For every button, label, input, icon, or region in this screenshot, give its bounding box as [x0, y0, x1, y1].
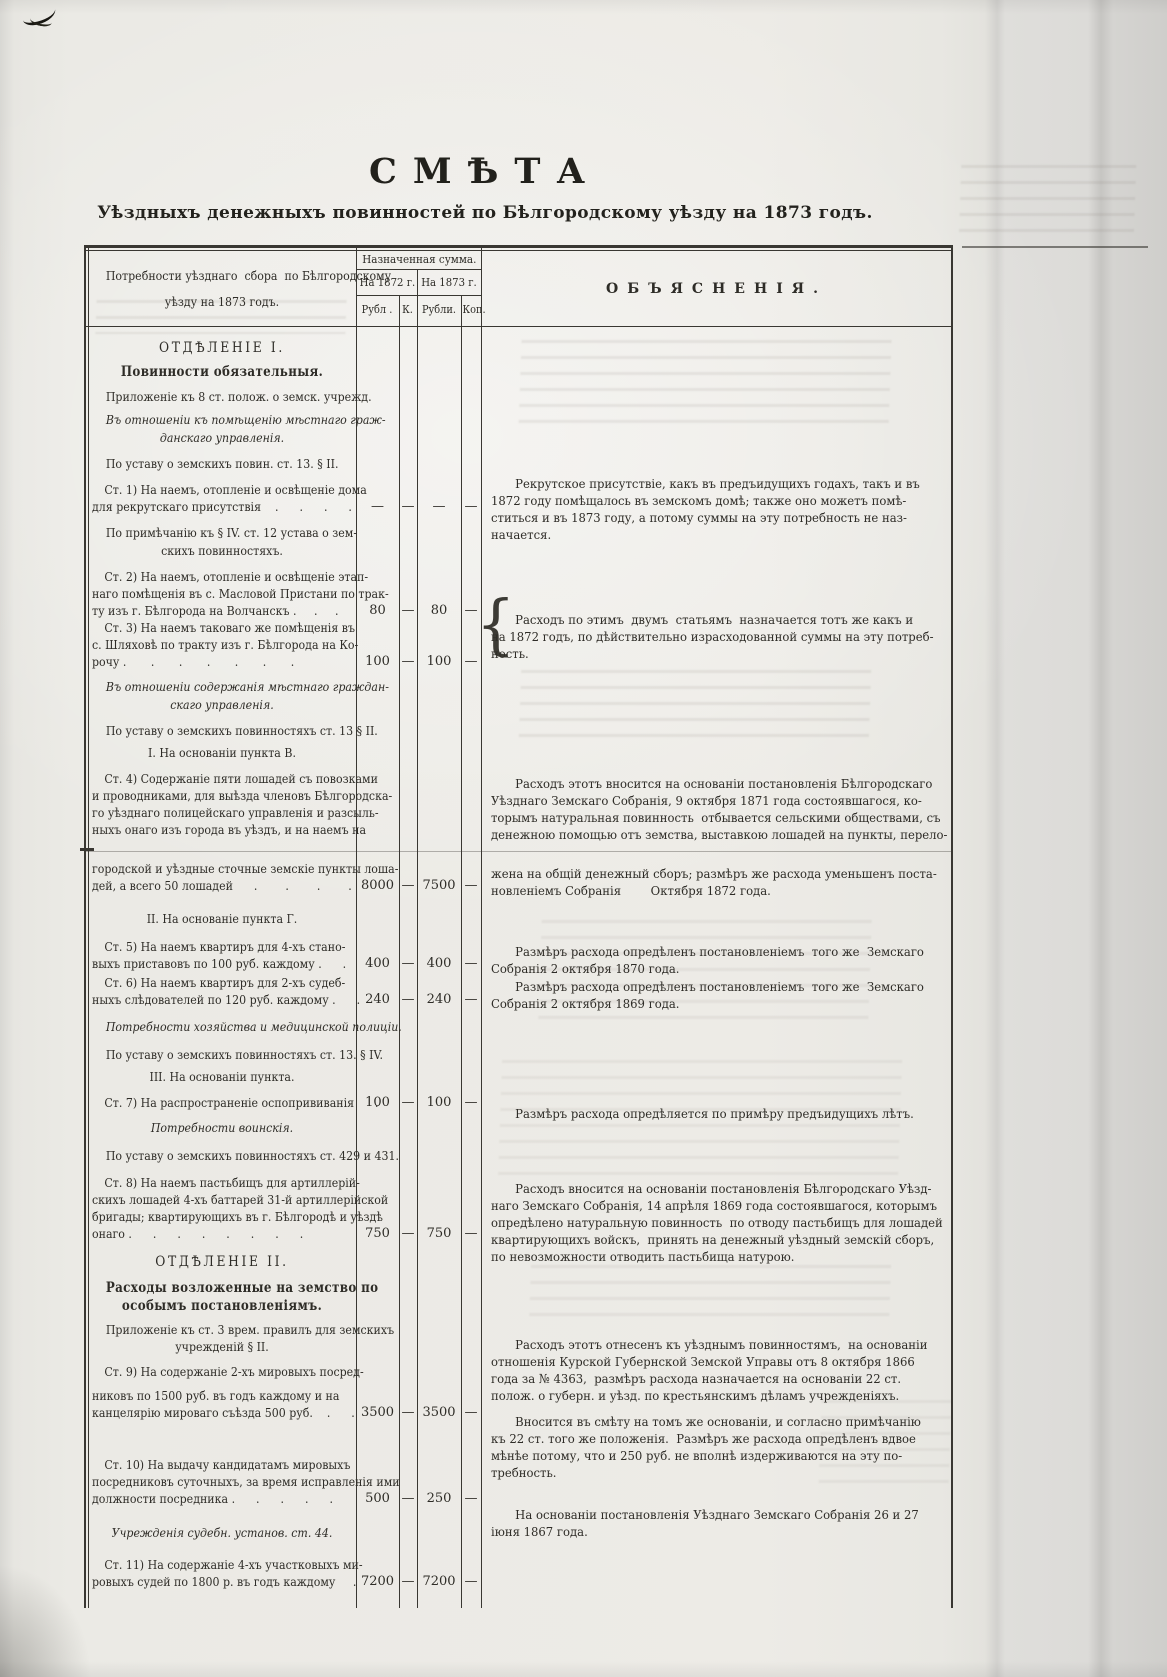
item-line: ныхъ слѣдователей по 120 руб. каждому . …: [92, 992, 324, 1008]
column-rule: [356, 245, 357, 1608]
item-line: канцелярію мироваго съѣзда 500 руб. . .: [92, 1405, 324, 1421]
amount-kop-1872: —: [400, 1095, 416, 1111]
item-line: По уставу о земскихъ повинностяхъ ст. 13…: [106, 1047, 338, 1063]
item-line: По уставу о земскихъ повинностяхъ ст. 42…: [106, 1148, 338, 1164]
header-rule: [85, 326, 952, 327]
amount-kop-1873: —: [462, 1405, 480, 1421]
item-line: Ст. 1) На наемъ, отопленіе и освѣщеніе д…: [92, 482, 324, 498]
amount-kop-1872: —: [400, 956, 416, 972]
item-line: III. На основаніи пункта.: [106, 1069, 338, 1085]
explanation-line: Расходъ по этимъ двумъ статьямъ назначае…: [491, 612, 919, 628]
bleed-mark: [959, 165, 1137, 240]
bleed-mark: [518, 340, 891, 430]
item-line: Ст. 3) На наемъ таковаго же помѣщенія въ: [92, 620, 324, 636]
amount-rub-1872: 8000: [357, 878, 398, 894]
item-line: для рекрутскаго присутствія . . . .: [92, 499, 324, 515]
explanation-line: полож. о губерн. и уѣзд. по крестьянским…: [491, 1388, 919, 1404]
item-line: с. Шляховѣ по тракту изъ г. Бѣлгорода на…: [92, 637, 324, 653]
item-line: скихъ лошадей 4-хъ баттарей 31-й артилле…: [92, 1192, 324, 1208]
amount-rub-1873: 100: [418, 1095, 460, 1111]
item-line: Учрежденія судебн. установ. ст. 44.: [106, 1525, 338, 1541]
table-border-right: [951, 245, 953, 1608]
amount-rub-1873: 750: [418, 1226, 460, 1242]
explanation-line: Собранія 2 октября 1870 года.: [491, 961, 919, 977]
amount-rub-1873: 3500: [418, 1405, 460, 1421]
amount-kop-1872: —: [400, 654, 416, 670]
item-line: По примѣчанію къ § IV. ст. 12 устава о з…: [106, 525, 338, 541]
item-line: никовъ по 1500 руб. въ годъ каждому и на: [92, 1388, 324, 1404]
amount-rub-1873: 100: [418, 654, 460, 670]
item-line: II. На основаніе пункта Г.: [106, 911, 338, 927]
item-line: Ст. 8) На наемъ пастьбищъ для артиллерій…: [92, 1175, 324, 1191]
item-line: скаго управленія.: [106, 697, 338, 713]
table-border-left: [84, 245, 86, 1608]
explanation-line: денежною помощью отъ земства, выставкою …: [491, 827, 919, 843]
explanation-line: требность.: [491, 1465, 919, 1481]
explanation-line: наго Земскаго Собранія, 14 апрѣля 1869 г…: [491, 1198, 919, 1214]
item-line: рочу . . . . . . .: [92, 654, 324, 670]
explanation-line: квартирующихъ войскъ, принять на денежны…: [491, 1232, 919, 1248]
col-header-rub-1873: Рубли.: [420, 301, 457, 317]
item-line: По уставу о земскихъ повин. ст. 13. § II…: [106, 456, 338, 472]
item-heading: особымъ постановленіямъ.: [106, 1298, 338, 1314]
col-header-explanations: ОБЪЯСНЕНІЯ.: [481, 281, 952, 297]
amount-kop-1872: —: [400, 499, 416, 515]
amount-rub-1872: 100: [357, 654, 398, 670]
amount-kop-1873: —: [462, 499, 480, 515]
amount-rub-1872: 500: [357, 1491, 398, 1507]
item-line: городской и уѣздные сточные земскіе пунк…: [92, 861, 324, 877]
amount-kop-1873: —: [462, 1095, 480, 1111]
page-junction-tick: [80, 848, 94, 851]
top-rule: [85, 250, 952, 251]
item-line: бригады; квартирующихъ въ г. Бѣлгородѣ и…: [92, 1209, 324, 1225]
amount-kop-1872: —: [400, 1226, 416, 1242]
item-line: Ст. 2) На наемъ, отопленіе и освѣщеніе э…: [92, 569, 324, 585]
item-line: Потребности хозяйства и медицинской поли…: [106, 1019, 338, 1035]
explanation-line: мѣнѣе потому, что и 250 руб. не вполнѣ и…: [491, 1448, 919, 1464]
column-rule: [481, 245, 482, 1608]
item-heading: Повинности обязательныя.: [106, 364, 338, 380]
explanation-line: по невозможности отводить пастьбища нату…: [491, 1249, 919, 1265]
section-heading: ОТДѢЛЕНІЕ I.: [106, 340, 338, 356]
explanation-line: жена на общій денежный сборъ; размѣръ же…: [491, 866, 919, 882]
item-line: наго помѣщенія въ с. Масловой Пристани п…: [92, 586, 324, 602]
amount-rub-1872: 80: [357, 603, 398, 619]
page-junction-line: [85, 851, 952, 852]
item-line: Въ отношеніи содержанія мѣстнаго граждан…: [106, 679, 338, 695]
top-rule: [85, 245, 952, 248]
col-header-needs: Потребности уѣзднаго сбора по Бѣлгородск…: [106, 268, 338, 284]
col-header-rub-1872: Рубл .: [359, 301, 395, 317]
item-line: посредниковъ суточныхъ, за время исправл…: [92, 1474, 324, 1490]
amount-kop-1873: —: [462, 1226, 480, 1242]
item-line: Ст. 9) На содержаніе 2-хъ мировыхъ посре…: [92, 1364, 324, 1380]
col-header-1873: На 1873 г.: [421, 274, 477, 290]
amount-kop-1873: —: [462, 956, 480, 972]
item-line: ту изъ г. Бѣлгорода на Волчанскъ . . .: [92, 603, 324, 619]
item-line: выхъ приставовъ по 100 руб. каждому . .: [92, 956, 324, 972]
item-line: дей, а всего 50 лошадей . . . .: [92, 878, 324, 894]
section-heading: ОТДѢЛЕНІЕ II.: [106, 1254, 338, 1270]
amount-kop-1873: —: [462, 1574, 480, 1590]
item-line: Приложеніе къ ст. 3 врем. правилъ для зе…: [106, 1322, 338, 1338]
amount-kop-1872: —: [400, 1574, 416, 1590]
col-header-kop-1872: К.: [399, 301, 415, 317]
explanation-line: Вносится въ смѣту на томъ же основаніи, …: [491, 1414, 919, 1430]
amount-rub-1872: 7200: [357, 1574, 398, 1590]
col-header-1872: На 1872 г.: [360, 274, 414, 290]
amount-kop-1872: —: [400, 992, 416, 1008]
explanation-line: Размѣръ расхода опредѣляется по примѣру …: [491, 1106, 919, 1122]
explanation-line: Размѣръ расхода опредѣленъ постановленіе…: [491, 944, 919, 960]
amount-rub-1872: 3500: [357, 1405, 398, 1421]
explanation-line: Размѣръ расхода опредѣленъ постановленіе…: [491, 979, 919, 995]
explanation-line: новленіемъ Собранія Октября 1872 года.: [491, 883, 919, 899]
col-header-sum: Назначенная сумма.: [362, 251, 475, 267]
explanation-line: года за № 4363, размѣръ расхода назначае…: [491, 1371, 919, 1387]
amount-kop-1873: —: [462, 1491, 480, 1507]
scanned-document-page: СМѢТА Уѣздныхъ денежныхъ повинностей по …: [0, 0, 1167, 1677]
amount-rub-1873: 7200: [418, 1574, 460, 1590]
item-line: должности посредника . . . . .: [92, 1491, 324, 1507]
amount-rub-1872: 400: [357, 956, 398, 972]
item-line: Ст. 10) На выдачу кандидатамъ мировыхъ: [92, 1457, 324, 1473]
table-border-left: [88, 245, 89, 1608]
amount-rub-1872: 750: [357, 1226, 398, 1242]
amount-rub-1872: 240: [357, 992, 398, 1008]
amount-rub-1873: 80: [418, 603, 460, 619]
col-header-needs: уѣзду на 1873 годъ.: [106, 294, 338, 310]
amount-kop-1872: —: [400, 878, 416, 894]
item-heading: Расходы возложенные на земство по: [106, 1280, 338, 1296]
item-line: Ст. 11) На содержаніе 4-хъ участковыхъ м…: [92, 1557, 324, 1573]
explanation-line: Рекрутское присутствіе, какъ въ предъиду…: [491, 476, 919, 492]
explanation-line: къ 22 ст. того же положенія. Размѣръ же …: [491, 1431, 919, 1447]
amount-kop-1872: —: [400, 603, 416, 619]
ink-scribble: [29, 13, 52, 27]
amount-kop-1872: —: [400, 1405, 416, 1421]
explanation-line: Собранія 2 октября 1869 года.: [491, 996, 919, 1012]
explanation-line: начается.: [491, 527, 919, 543]
item-line: ныхъ онаго изъ города въ уѣздъ, и на нае…: [92, 822, 324, 838]
amount-rub-1873: 250: [418, 1491, 460, 1507]
top-rule-extension: [962, 246, 1148, 248]
explanation-line: ность.: [491, 646, 919, 662]
amount-rub-1873: 240: [418, 992, 460, 1008]
col-header-kop-1873: Коп.: [463, 301, 480, 317]
page-subtitle: Уѣздныхъ денежныхъ повинностей по Бѣлгор…: [85, 202, 885, 224]
amount-rub-1872: 100: [357, 1095, 398, 1111]
amount-rub-1873: 7500: [418, 878, 460, 894]
item-line: I. На основаніи пункта В.: [106, 745, 338, 761]
item-line: скихъ повинностяхъ.: [106, 543, 338, 559]
amount-kop-1872: —: [400, 1491, 416, 1507]
item-line: Приложеніе къ 8 ст. полож. о земск. учре…: [106, 389, 338, 405]
item-line: ровыхъ судей по 1800 р. въ годъ каждому …: [92, 1574, 324, 1590]
amount-rub-1873: —: [418, 499, 460, 515]
explanation-line: 1872 году помѣщалось въ земскомъ домѣ; т…: [491, 493, 919, 509]
item-line: данскаго управленія.: [106, 430, 338, 446]
item-line: По уставу о земскихъ повинностяхъ ст. 13…: [106, 723, 338, 739]
explanation-line: Расходъ вносится на основаніи постановле…: [491, 1181, 919, 1197]
bleed-mark: [529, 1265, 891, 1325]
explanation-line: опредѣлено натуральную повинность по отв…: [491, 1215, 919, 1231]
amount-kop-1873: —: [462, 992, 480, 1008]
item-line: Ст. 4) Содержаніе пяти лошадей съ повозк…: [92, 771, 324, 787]
item-line: онаго . . . . . . . .: [92, 1226, 324, 1242]
explanation-line: іюня 1867 года.: [491, 1524, 919, 1540]
bleed-mark: [519, 670, 871, 740]
item-line: и проводниками, для выѣзда членовъ Бѣлго…: [92, 788, 324, 804]
item-line: Ст. 7) На распространеніе оспопрививанія…: [92, 1095, 324, 1111]
item-line: го уѣзднаго полицейскаго управленія и ра…: [92, 805, 324, 821]
amount-rub-1872: —: [357, 499, 398, 515]
explanation-line: На основаніи постановленія Уѣзднаго Земс…: [491, 1507, 919, 1523]
explanation-line: отношенія Курской Губернской Земской Упр…: [491, 1354, 919, 1370]
page-title: СМѢТА: [85, 152, 885, 192]
explanation-line: ститься и въ 1873 году, а потому суммы н…: [491, 510, 919, 526]
explanation-line: Расходъ этотъ отнесенъ къ уѣзднымъ повин…: [491, 1337, 919, 1353]
item-line: Потребности воинскія.: [106, 1120, 338, 1136]
item-line: Ст. 6) На наемъ квартиръ для 2-хъ судеб-: [92, 975, 324, 991]
item-line: учрежденій § II.: [106, 1339, 338, 1355]
item-line: Ст. 5) На наемъ квартиръ для 4-хъ стано-: [92, 939, 324, 955]
amount-kop-1873: —: [462, 878, 480, 894]
explanation-line: торымъ натуральная повинность отбывается…: [491, 810, 919, 826]
item-line: Въ отношеніи къ помѣщенію мѣстнаго граж-: [106, 412, 338, 428]
amount-rub-1873: 400: [418, 956, 460, 972]
explanation-line: Расходъ этотъ вносится на основаніи пост…: [491, 776, 919, 792]
header-rule: [356, 295, 481, 296]
page-corner-shadow: [0, 1527, 110, 1677]
explanation-line: на 1872 годъ, по дѣйствительно израсходо…: [491, 629, 919, 645]
header-rule: [356, 269, 481, 270]
explanation-line: Уѣзднаго Земскаго Собранія, 9 октября 18…: [491, 793, 919, 809]
